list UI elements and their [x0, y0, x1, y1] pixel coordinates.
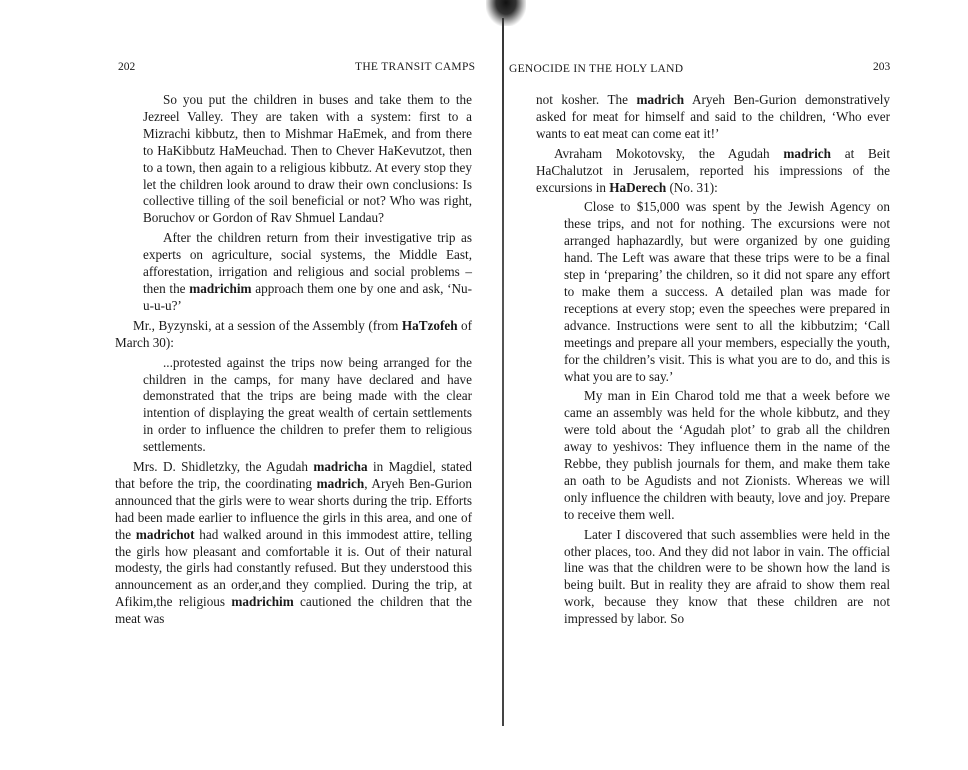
paragraph-r5: Later I discovered that such assemblies …	[564, 527, 890, 628]
running-head: THE TRANSIT CAMPS	[355, 61, 475, 73]
book-spine	[502, 18, 504, 726]
bold-term: HaDerech	[609, 180, 666, 195]
page-number: 202	[118, 61, 135, 73]
bold-term: madricha	[313, 459, 367, 474]
block-quote: Later I discovered that such assemblies …	[536, 527, 890, 628]
paragraph-p2: After the children return from their inv…	[143, 230, 472, 315]
paragraph-p5: Mrs. D. Shidletzky, the Agudah madricha …	[115, 459, 472, 628]
running-head: GENOCIDE IN THE HOLY LAND	[509, 63, 683, 75]
bold-term: HaTzofeh	[402, 318, 458, 333]
paragraph-r3: Close to $15,000 was spent by the Jewish…	[564, 199, 890, 385]
block-quote: ...protested against the trips now being…	[115, 355, 472, 456]
page-number: 203	[873, 61, 890, 73]
block-quote: After the children return from their inv…	[115, 230, 472, 315]
bold-term: madrichot	[136, 527, 195, 542]
bold-term: madrich	[783, 146, 831, 161]
paragraph-r1: not kosher. The madrich Aryeh Ben-Gurion…	[536, 92, 890, 143]
block-quote: My man in Ein Charod told me that a week…	[536, 388, 890, 523]
bold-term: madrichim	[231, 594, 293, 609]
spine-shadow	[486, 0, 526, 26]
paragraph-r4: My man in Ein Charod told me that a week…	[564, 388, 890, 523]
page-body: So you put the children in buses and tak…	[115, 92, 472, 628]
block-quote: So you put the children in buses and tak…	[115, 92, 472, 227]
bold-term: madrichim	[189, 281, 251, 296]
page-body: not kosher. The madrich Aryeh Ben-Gurion…	[536, 92, 890, 628]
paragraph-p1: So you put the children in buses and tak…	[143, 92, 472, 227]
paragraph-p4: ...protested against the trips now being…	[143, 355, 472, 456]
bold-term: madrich	[637, 92, 685, 107]
book-spread: 202 THE TRANSIT CAMPS So you put the chi…	[0, 0, 968, 770]
bold-term: madrich	[317, 476, 365, 491]
paragraph-p3: Mr., Byzynski, at a session of the Assem…	[115, 318, 472, 352]
block-quote: Close to $15,000 was spent by the Jewish…	[536, 199, 890, 385]
paragraph-r2: Avraham Mokotovsky, the Agudah madrich a…	[536, 146, 890, 197]
